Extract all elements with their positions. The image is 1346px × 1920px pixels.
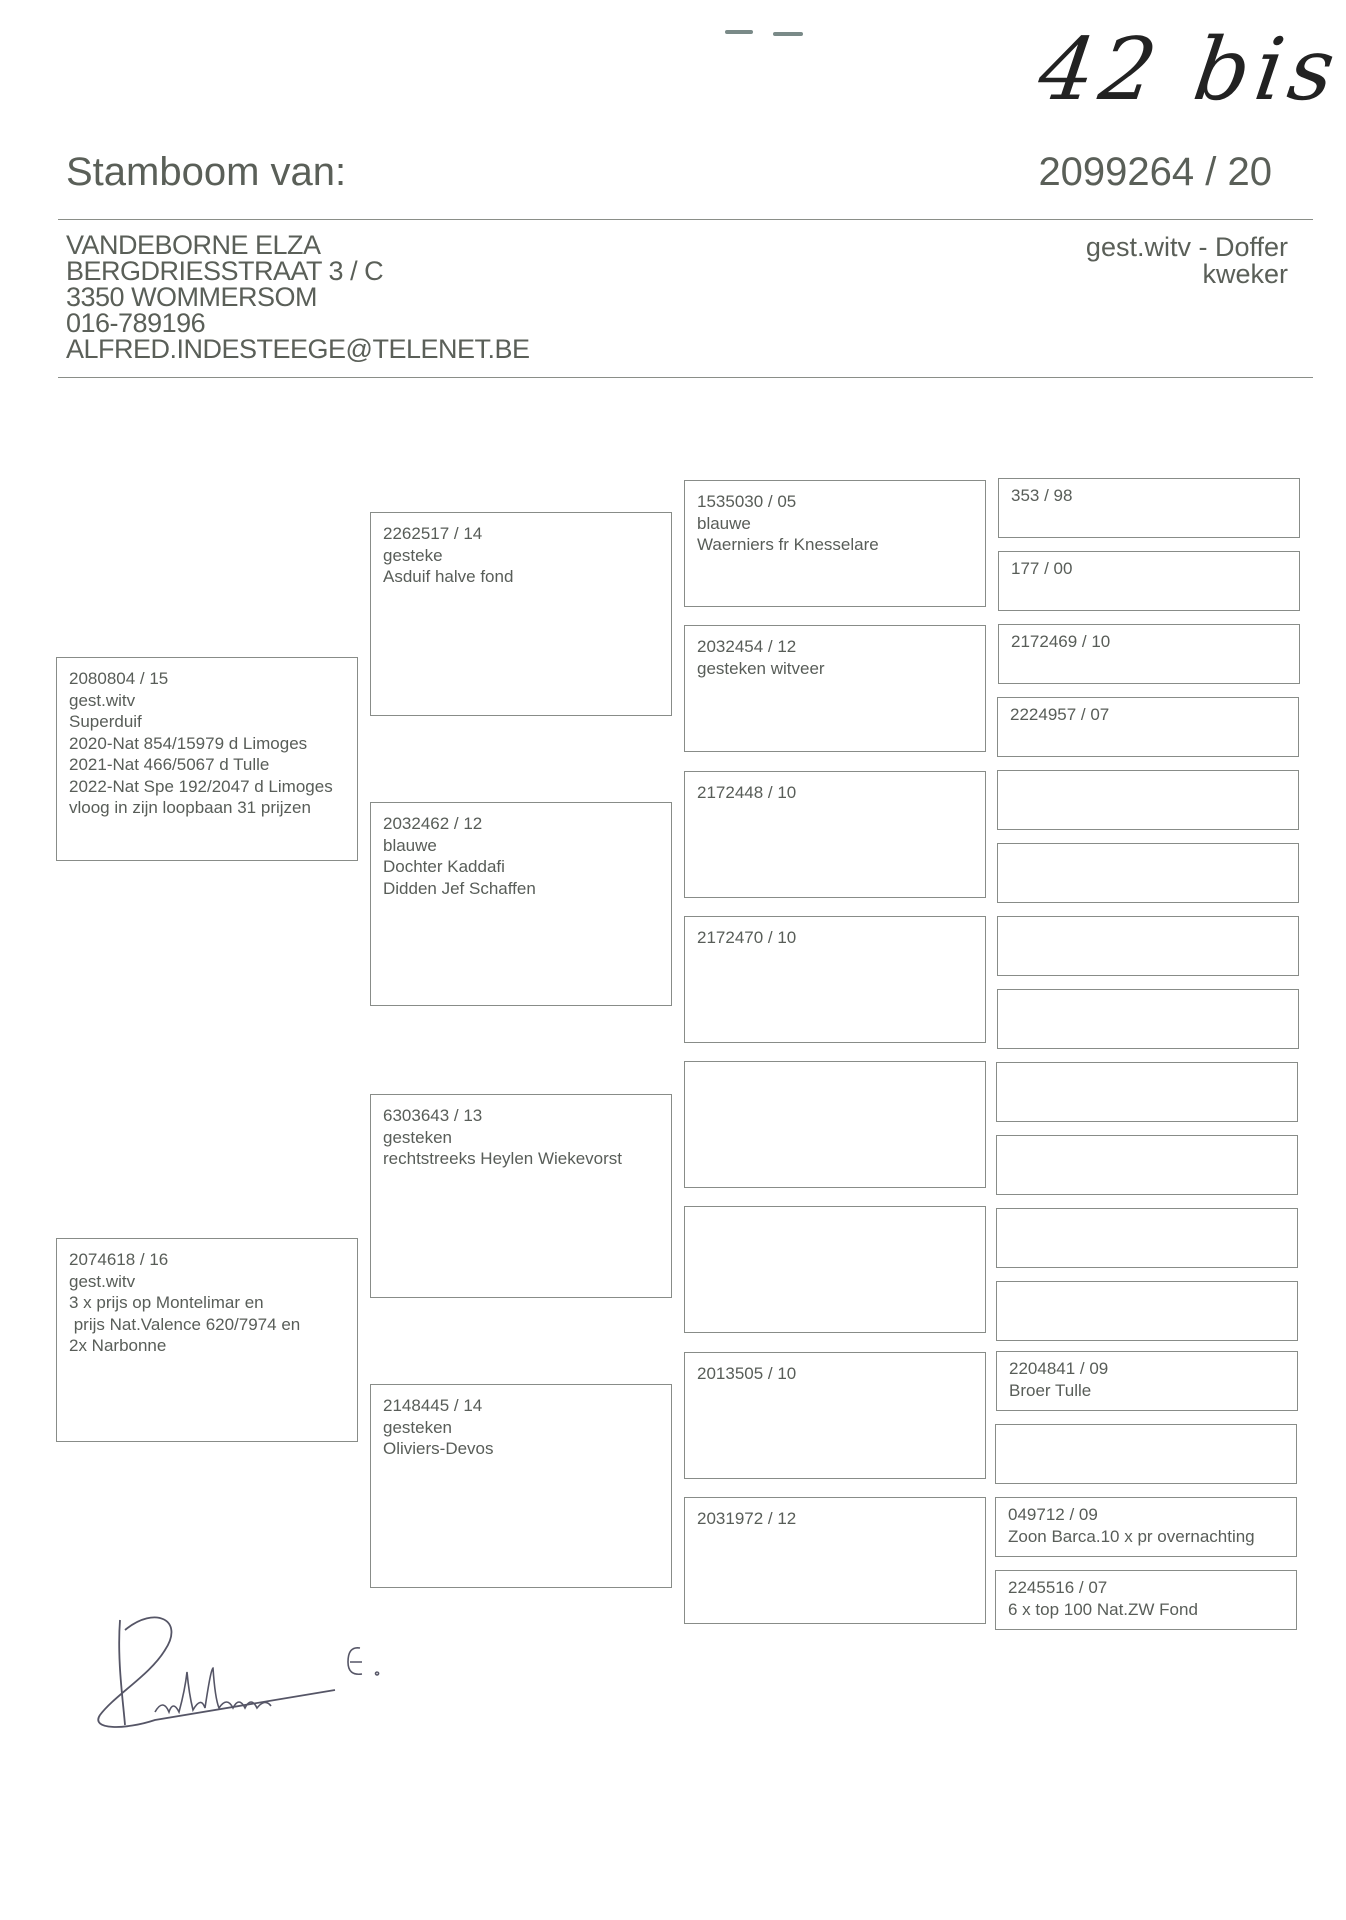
owner-phone: 016-789196 <box>66 310 530 336</box>
pigeon-note: Broer Tulle <box>1009 1380 1285 1402</box>
pigeon-note: 3 x prijs op Montelimar en <box>69 1292 345 1314</box>
scan-marks <box>725 30 815 42</box>
great-great-grandparent-box <box>997 770 1299 830</box>
pigeon-note: 2020-Nat 854/15979 d Limoges <box>69 733 345 755</box>
pigeon-note: Dochter Kaddafi <box>383 856 659 878</box>
pigeon-note: 2022-Nat Spe 192/2047 d Limoges <box>69 776 345 798</box>
pigeon-note: gesteken witveer <box>697 658 973 680</box>
owner-block: VANDEBORNE ELZA BERGDRIESSTRAAT 3 / C 33… <box>66 232 530 362</box>
grandparent-box: 2032462 / 12blauweDochter KaddafiDidden … <box>370 802 672 1006</box>
great-great-grandparent-box: 177 / 00 <box>998 551 1300 611</box>
ring-number: 2031972 / 12 <box>697 1508 973 1530</box>
pigeon-note: prijs Nat.Valence 620/7974 en <box>69 1314 345 1336</box>
pigeon-note: Oliviers-Devos <box>383 1438 659 1460</box>
grandparent-box: 6303643 / 13gestekenrechtstreeks Heylen … <box>370 1094 672 1298</box>
ring-number: 2032462 / 12 <box>383 813 659 835</box>
ring-number: 177 / 00 <box>1011 558 1287 580</box>
ring-number: 6303643 / 13 <box>383 1105 659 1127</box>
great-grandparent-box: 2172470 / 10 <box>684 916 986 1043</box>
pigeon-color-sex: gest.witv - Doffer <box>1086 234 1288 261</box>
pigeon-note: 6 x top 100 Nat.ZW Fond <box>1008 1599 1284 1621</box>
pigeon-note: rechtstreeks Heylen Wiekevorst <box>383 1148 659 1170</box>
grandparent-box: 2148445 / 14gestekenOliviers-Devos <box>370 1384 672 1588</box>
signature <box>95 1600 435 1740</box>
ring-number: 2148445 / 14 <box>383 1395 659 1417</box>
ring-number: 2262517 / 14 <box>383 523 659 545</box>
great-great-grandparent-box: 353 / 98 <box>998 478 1300 538</box>
pigeon-note: Superduif <box>69 711 345 733</box>
grandparent-box: 2262517 / 14gestekeAsduif halve fond <box>370 512 672 716</box>
ring-number: 2032454 / 12 <box>697 636 973 658</box>
ring-number: 2172448 / 10 <box>697 782 973 804</box>
great-grandparent-box: 2013505 / 10 <box>684 1352 986 1479</box>
parent-box: 2074618 / 16gest.witv3 x prijs op Montel… <box>56 1238 358 1442</box>
ring-number: 049712 / 09 <box>1008 1504 1284 1526</box>
ring-number: 353 / 98 <box>1011 485 1287 507</box>
ring-number: 2204841 / 09 <box>1009 1358 1285 1380</box>
pigeon-info: gest.witv - Doffer kweker <box>1086 234 1288 288</box>
ring-number: 2224957 / 07 <box>1010 704 1286 726</box>
owner-name: VANDEBORNE ELZA <box>66 232 530 258</box>
great-great-grandparent-box <box>997 916 1299 976</box>
great-grandparent-box: 2031972 / 12 <box>684 1497 986 1624</box>
pigeon-note: gest.witv <box>69 1271 345 1293</box>
pigeon-note: gesteke <box>383 545 659 567</box>
great-great-grandparent-box: 2224957 / 07 <box>997 697 1299 757</box>
pigeon-note: blauwe <box>697 513 973 535</box>
owner-city: 3350 WOMMERSOM <box>66 284 530 310</box>
pigeon-note: blauwe <box>383 835 659 857</box>
ring-number: 2245516 / 07 <box>1008 1577 1284 1599</box>
great-great-grandparent-box <box>996 1135 1298 1195</box>
handwritten-note: 42 bis <box>1033 20 1346 120</box>
great-great-grandparent-box <box>995 1424 1297 1484</box>
great-great-grandparent-box: 2172469 / 10 <box>998 624 1300 684</box>
pigeon-note: 2x Narbonne <box>69 1335 345 1357</box>
pigeon-note: Waerniers fr Knesselare <box>697 534 973 556</box>
great-great-grandparent-box <box>997 843 1299 903</box>
pigeon-note: 2021-Nat 466/5067 d Tulle <box>69 754 345 776</box>
ring-number: 2099264 / 20 <box>1038 150 1272 195</box>
divider-bottom <box>58 377 1313 378</box>
ring-number: 2074618 / 16 <box>69 1249 345 1271</box>
pigeon-note: Asduif halve fond <box>383 566 659 588</box>
great-grandparent-box <box>684 1061 986 1188</box>
pigeon-note: vloog in zijn loopbaan 31 prijzen <box>69 797 345 819</box>
page-title: Stamboom van: <box>66 150 346 195</box>
great-great-grandparent-box <box>996 1281 1298 1341</box>
pigeon-note: gesteken <box>383 1127 659 1149</box>
ring-number: 2013505 / 10 <box>697 1363 973 1385</box>
great-great-grandparent-box <box>997 989 1299 1049</box>
ring-number: 1535030 / 05 <box>697 491 973 513</box>
pigeon-note: Zoon Barca.10 x pr overnachting <box>1008 1526 1284 1548</box>
pigeon-note: Didden Jef Schaffen <box>383 878 659 900</box>
ring-number: 2172470 / 10 <box>697 927 973 949</box>
great-great-grandparent-box <box>996 1062 1298 1122</box>
owner-street: BERGDRIESSTRAAT 3 / C <box>66 258 530 284</box>
ring-number: 2080804 / 15 <box>69 668 345 690</box>
pigeon-note: gest.witv <box>69 690 345 712</box>
ring-number: 2172469 / 10 <box>1011 631 1287 653</box>
divider-top <box>58 219 1313 220</box>
great-great-grandparent-box: 049712 / 09Zoon Barca.10 x pr overnachti… <box>995 1497 1297 1557</box>
pigeon-role: kweker <box>1086 261 1288 288</box>
great-grandparent-box: 2172448 / 10 <box>684 771 986 898</box>
pigeon-note: gesteken <box>383 1417 659 1439</box>
great-grandparent-box: 2032454 / 12gesteken witveer <box>684 625 986 752</box>
great-great-grandparent-box: 2245516 / 076 x top 100 Nat.ZW Fond <box>995 1570 1297 1630</box>
great-great-grandparent-box: 2204841 / 09Broer Tulle <box>996 1351 1298 1411</box>
parent-box: 2080804 / 15gest.witvSuperduif2020-Nat 8… <box>56 657 358 861</box>
great-grandparent-box <box>684 1206 986 1333</box>
great-grandparent-box: 1535030 / 05blauweWaerniers fr Knesselar… <box>684 480 986 607</box>
owner-email: ALFRED.INDESTEEGE@TELENET.BE <box>66 336 530 362</box>
great-great-grandparent-box <box>996 1208 1298 1268</box>
